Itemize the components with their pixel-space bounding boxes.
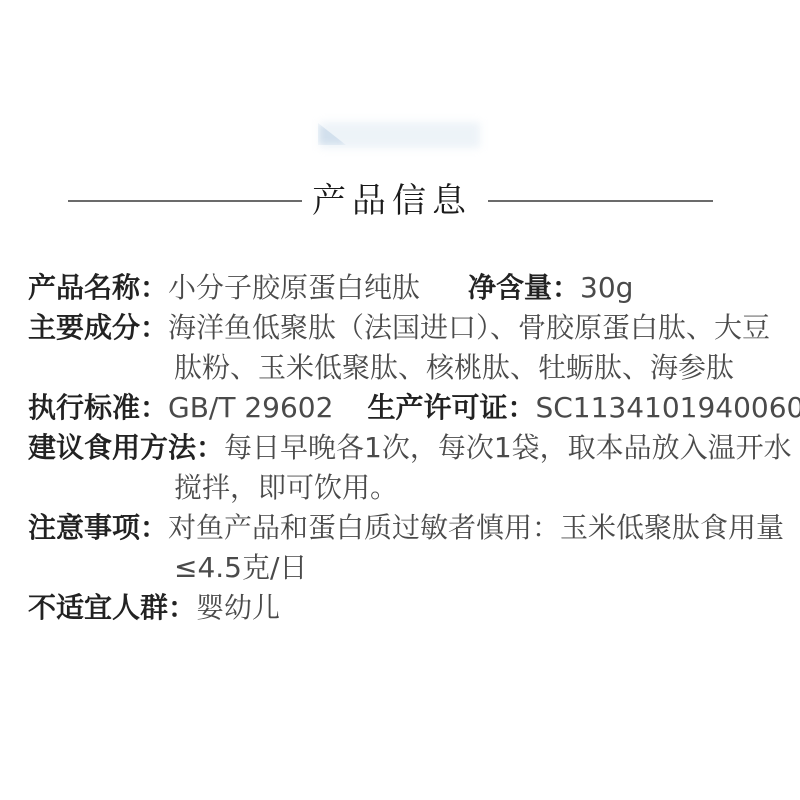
standard-value: GB/T 29602 — [168, 391, 333, 424]
precautions-line2: ≤4.5克/日 — [174, 551, 307, 584]
row-main-ingredients: 主要成分：海洋鱼低聚肽（法国进口）、骨胶原蛋白肽、大豆肽粉、玉米低聚肽、核桃肽、… — [28, 308, 792, 388]
net-content-value: 30g — [580, 271, 633, 304]
main-ingredients-line2: 肽粉、玉米低聚肽、核桃肽、牡蛎肽、海参肽 — [174, 351, 734, 384]
product-attributes: 产品名称：小分子胶原蛋白纯肽净含量：30g 主要成分：海洋鱼低聚肽（法国进口）、… — [28, 268, 792, 628]
row-unsuitable-groups: 不适宜人群：婴幼儿 — [28, 588, 792, 628]
row-usage-method: 建议食用方法：每日早晚各1次，每次1袋，取本品放入温开水搅拌，即可饮用。 — [28, 428, 792, 508]
row-precautions: 注意事项：对鱼产品和蛋白质过敏者慎用：玉米低聚肽食用量≤4.5克/日 — [28, 508, 792, 588]
usage-method-line2: 搅拌，即可饮用。 — [174, 471, 398, 504]
license-value: SC11341019400608 — [535, 391, 800, 424]
standard-label: 执行标准： — [28, 391, 168, 424]
header-rule-left — [68, 200, 302, 202]
net-content-label: 净含量： — [468, 271, 580, 304]
main-ingredients-line1: 海洋鱼低聚肽（法国进口）、骨胶原蛋白肽、大豆 — [168, 311, 770, 344]
product-name-value: 小分子胶原蛋白纯肽 — [168, 271, 420, 304]
watermark-artifact — [320, 122, 480, 148]
unsuitable-groups-value: 婴幼儿 — [196, 591, 280, 624]
usage-method-line1: 每日早晚各1次，每次1袋，取本品放入温开水 — [224, 431, 792, 464]
main-ingredients-label: 主要成分： — [28, 311, 168, 344]
unsuitable-groups-label: 不适宜人群： — [28, 591, 196, 624]
usage-method-label: 建议食用方法： — [28, 431, 224, 464]
precautions-line1: 对鱼产品和蛋白质过敏者慎用：玉米低聚肽食用量 — [168, 511, 784, 544]
header-rule-right — [488, 200, 713, 202]
watermark-artifact-corner — [318, 123, 346, 145]
product-info-panel: 产品信息 产品名称：小分子胶原蛋白纯肽净含量：30g 主要成分：海洋鱼低聚肽（法… — [0, 0, 800, 800]
precautions-label: 注意事项： — [28, 511, 168, 544]
license-label: 生产许可证： — [367, 391, 535, 424]
section-title: 产品信息 — [312, 182, 472, 220]
row-standard-license: 执行标准：GB/T 29602生产许可证：SC11341019400608 — [28, 388, 792, 428]
row-product-name: 产品名称：小分子胶原蛋白纯肽净含量：30g — [28, 268, 792, 308]
product-name-label: 产品名称： — [28, 271, 168, 304]
